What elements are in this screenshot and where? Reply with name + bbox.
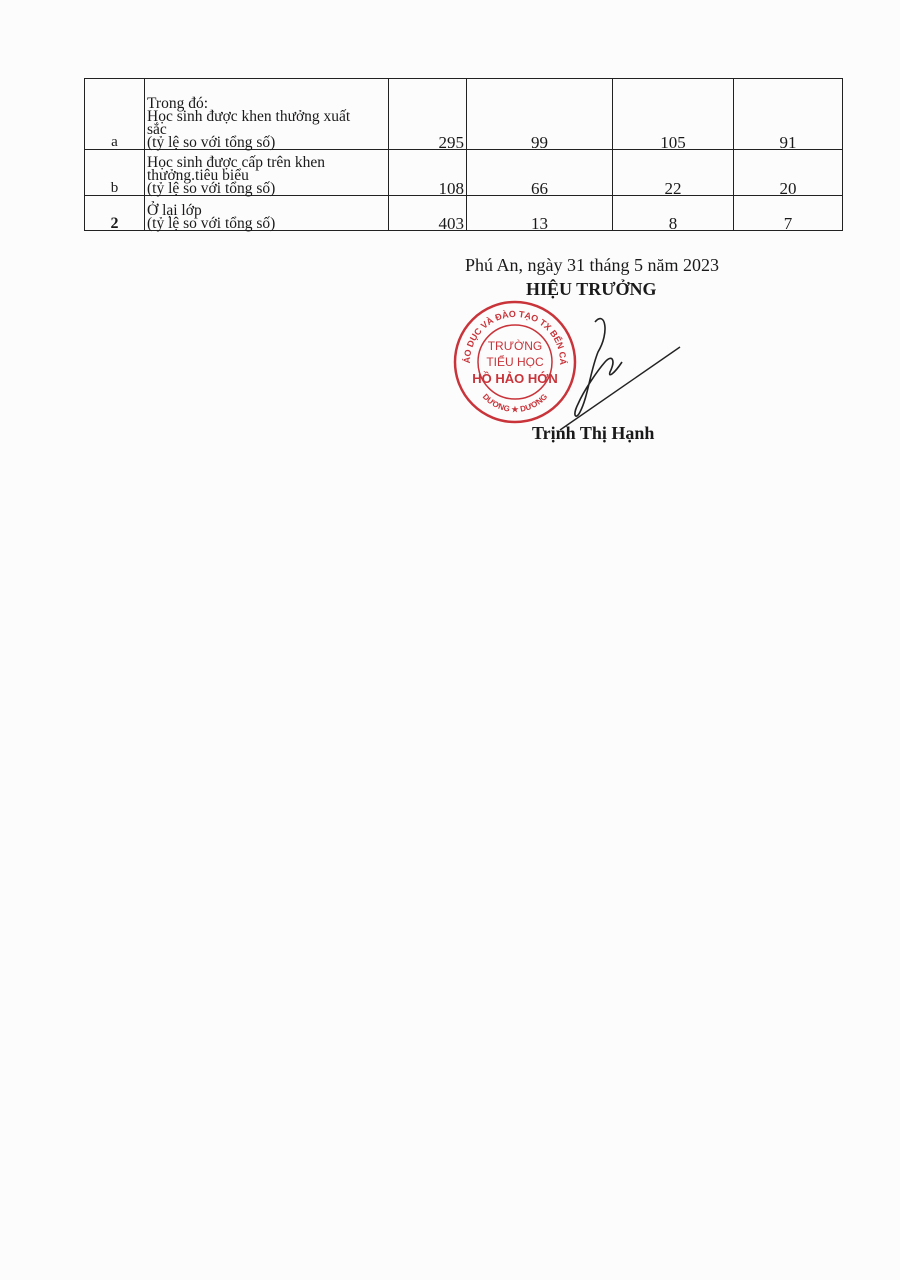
table-row: b Học sinh được cấp trên khen thưởng.tiê…: [85, 150, 843, 196]
cell-total: 108: [389, 150, 467, 196]
cell-value: 8: [613, 196, 734, 231]
cell-value: 22: [613, 150, 734, 196]
cell-value: 91: [734, 79, 843, 150]
row-index: b: [85, 150, 145, 196]
cell-value: 66: [467, 150, 613, 196]
label-line: Học sinh được khen thưởng xuất: [147, 110, 386, 123]
place-date: Phú An, ngày 31 tháng 5 năm 2023: [465, 255, 719, 276]
label-line: (tỷ lệ so với tổng số): [147, 136, 386, 149]
row-index: a: [85, 79, 145, 150]
cell-value: 13: [467, 196, 613, 231]
svg-text:DƯƠNG ★ DƯƠNG: DƯƠNG ★ DƯƠNG: [481, 392, 549, 414]
label-line: (tỷ lệ so với tổng số): [147, 217, 386, 230]
cell-total: 403: [389, 196, 467, 231]
cell-value: 99: [467, 79, 613, 150]
svg-text:TIỂU HỌC: TIỂU HỌC: [486, 354, 544, 369]
svg-text:TRƯỜNG: TRƯỜNG: [488, 338, 543, 353]
table-row: 2 Ở lại lớp (tỷ lệ so với tổng số) 403 1…: [85, 196, 843, 231]
label-line: (tỷ lệ so với tổng số): [147, 182, 386, 195]
row-label: Học sinh được cấp trên khen thưởng.tiêu …: [145, 150, 389, 196]
handwritten-signature-icon: [550, 312, 690, 432]
svg-text:HỒ HẢO HỚN: HỒ HẢO HỚN: [472, 371, 557, 386]
report-table: a Trong đó: Học sinh được khen thưởng xu…: [84, 78, 843, 231]
cell-value: 20: [734, 150, 843, 196]
signer-name: Trịnh Thị Hạnh: [532, 423, 654, 444]
cell-value: 7: [734, 196, 843, 231]
row-label: Ở lại lớp (tỷ lệ so với tổng số): [145, 196, 389, 231]
cell-total: 295: [389, 79, 467, 150]
row-index: 2: [85, 196, 145, 231]
row-label: Trong đó: Học sinh được khen thưởng xuất…: [145, 79, 389, 150]
table-row: a Trong đó: Học sinh được khen thưởng xu…: [85, 79, 843, 150]
signer-title: HIỆU TRƯỞNG: [526, 279, 657, 300]
cell-value: 105: [613, 79, 734, 150]
